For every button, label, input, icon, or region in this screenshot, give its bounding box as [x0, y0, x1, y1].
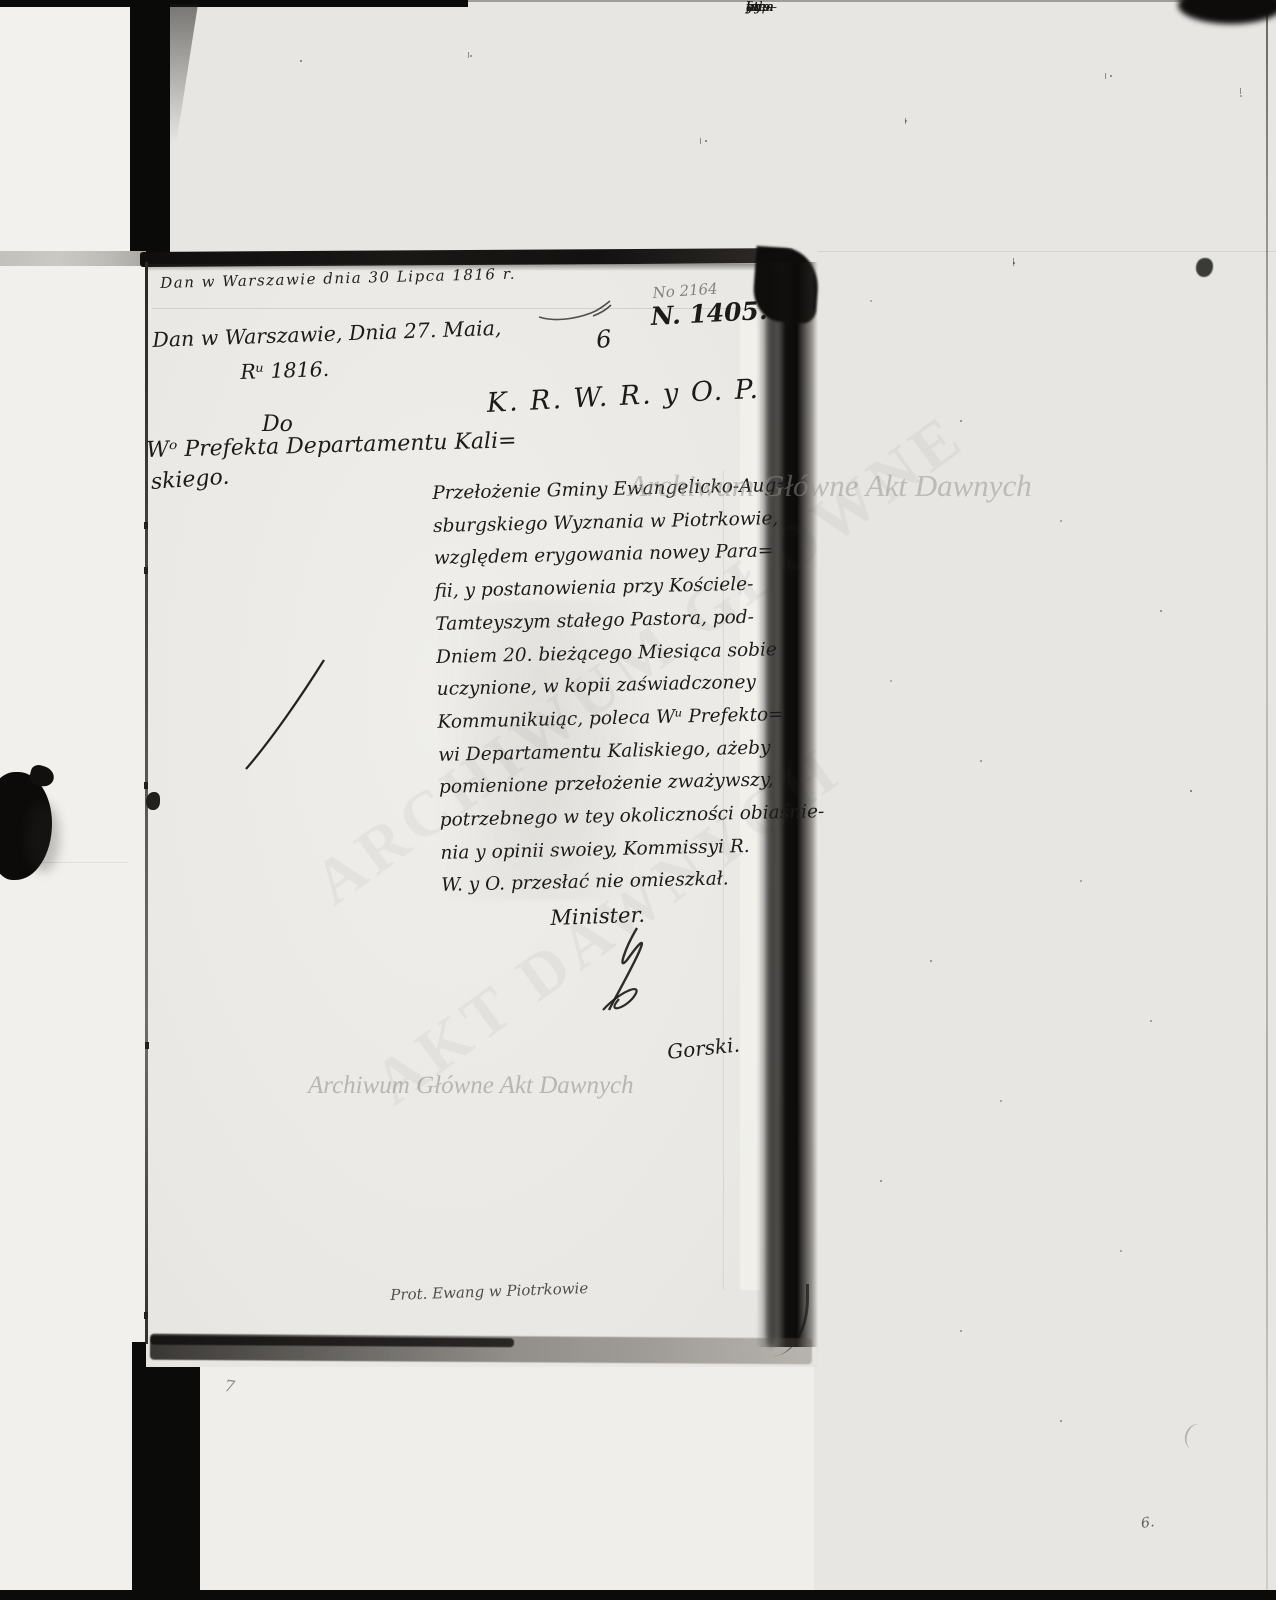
dust-hair	[700, 138, 701, 144]
dust-hair	[1240, 88, 1241, 94]
dust-hair	[468, 52, 469, 58]
background-crease-line	[818, 251, 1276, 252]
facing-page-left	[0, 266, 145, 1592]
overleaf-flourish	[535, 295, 615, 325]
film-top-edge	[0, 0, 468, 7]
film-right-edge-line	[1266, 10, 1268, 1590]
film-defect-blob-top-right	[1178, 0, 1276, 24]
film-divider-shadow	[170, 4, 198, 162]
margin-fragment: b.	[746, 0, 758, 15]
curved-scratch-mark	[1182, 1421, 1211, 1453]
page-stack-edge-left	[0, 251, 146, 266]
page-bottom-dark-edge	[150, 1334, 812, 1365]
page-number: 6	[595, 325, 613, 354]
film-divider-bar-bottom	[132, 1342, 202, 1600]
adjacent-page-top-left	[0, 7, 131, 255]
document-number: N. 1405.	[650, 296, 768, 331]
pen-slash-mark	[240, 655, 330, 775]
film-defect-blob-right	[1196, 258, 1213, 277]
dust-hair	[1013, 258, 1014, 266]
archive-watermark-lower: Archiwum Główne Akt Dawnych	[308, 1072, 634, 1100]
fold-line-blot	[146, 792, 160, 810]
dust-hair	[905, 118, 906, 124]
dateline-year: Rᵘ 1816.	[240, 357, 330, 384]
film-bottom-edge	[0, 1590, 1276, 1600]
underlying-page-bottom	[200, 1366, 814, 1592]
archive-eagle-emblem-watermark	[430, 600, 650, 900]
dust-hair	[1105, 73, 1106, 79]
film-divider-bar-top	[130, 0, 170, 266]
microfilm-frame: Dan w Warszawie dnia 30 Lipca 1816 r. Da…	[0, 0, 1276, 1600]
pencil-frame-number-right: 6.	[1140, 1514, 1155, 1532]
